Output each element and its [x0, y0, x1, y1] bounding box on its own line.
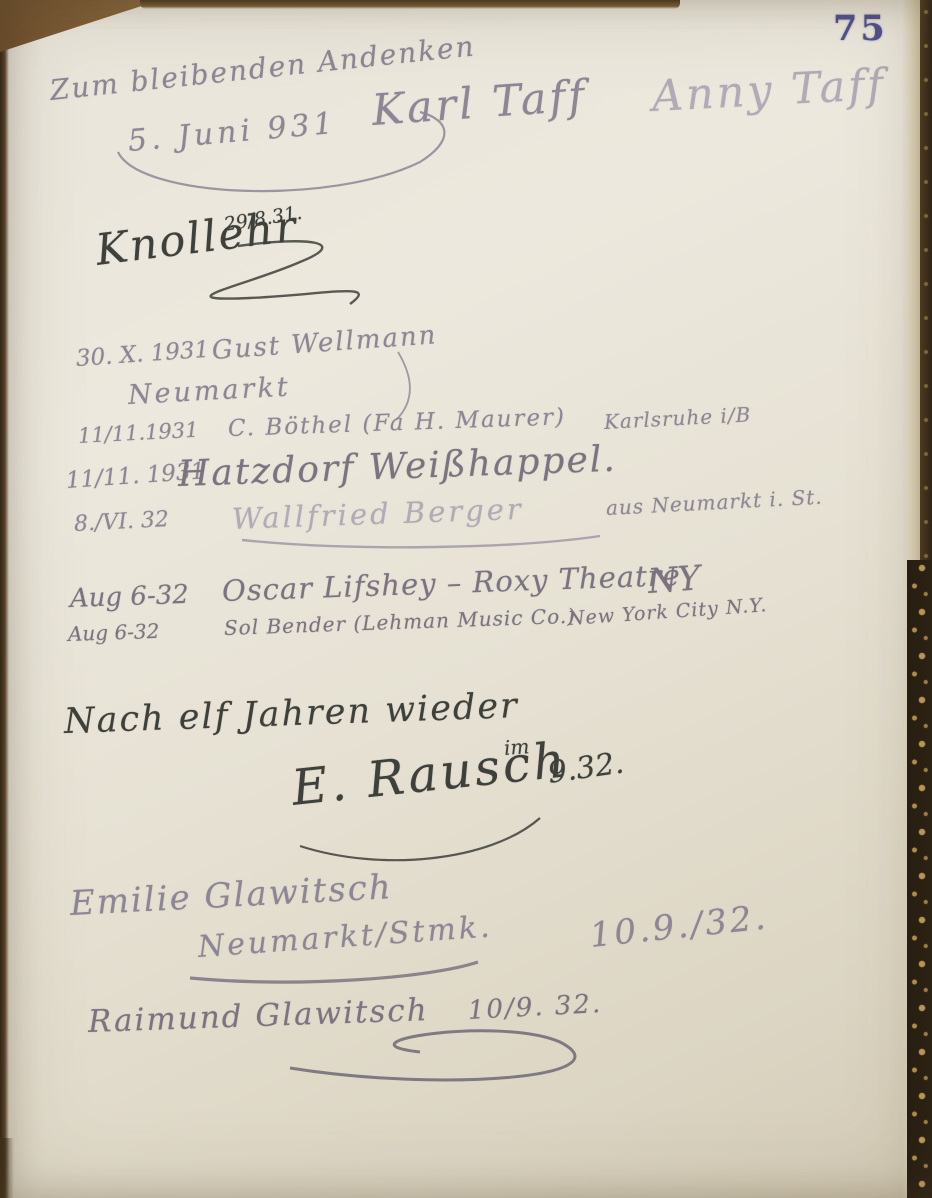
- signature-rausch: E. Rausch: [289, 731, 570, 817]
- entry-boethel-place: Karlsruhe i/B: [603, 402, 751, 434]
- rausch-underline-flourish: [300, 818, 540, 860]
- entry-boethel-name: C. Böthel (Fa H. Maurer): [228, 404, 567, 442]
- entry-raimund-date: 10/9. 32.: [467, 989, 603, 1026]
- book-cover-edge-top: [920, 0, 932, 560]
- signature-karl-taff: Karl Taff: [370, 71, 589, 136]
- emilie-underline-flourish: [190, 962, 478, 982]
- entry-rausch-line: Nach elf Jahren wieder: [63, 686, 519, 742]
- dedication-date: 5. Juni 931: [126, 106, 337, 159]
- top-page-edge-shadow: [140, 0, 680, 9]
- raimund-underline-flourish: [290, 1031, 575, 1080]
- entry-wellmann-place: Neumarkt: [127, 372, 291, 411]
- entry-emilie-place: Neumarkt/Stmk.: [197, 909, 494, 965]
- entry-bender-name: Sol Bender (Lehman Music Co.): [224, 604, 577, 640]
- entry-berger-place: aus Neumarkt i. St.: [605, 485, 823, 520]
- page-number-stamp: 75: [833, 8, 888, 49]
- signature-raimund-glawitsch: Raimund Glawitsch: [87, 992, 429, 1040]
- top-left-cover-corner: [0, 0, 160, 52]
- book-spine-edge: [0, 0, 9, 1198]
- entry-wellmann-date: 30. X. 1931: [75, 337, 210, 372]
- entry-berger-date: 8./VI. 32: [73, 507, 169, 537]
- signature-emilie-glawitsch: Emilie Glawitsch: [69, 867, 394, 924]
- guestbook-page-photo: 75 Zum bleibenden Andenken 5. Juni 931 K…: [0, 0, 932, 1198]
- entry-boethel-date: 11/11.1931: [77, 418, 199, 448]
- entry-lifshey-place: NY: [647, 558, 702, 602]
- bottom-left-shadow: [0, 1138, 14, 1198]
- entry-wellmann-name: Gust Wellmann: [211, 320, 438, 366]
- entry-berger-name: Wallfried Berger: [231, 492, 524, 536]
- entry-bender-date: Aug 6-32: [68, 619, 160, 646]
- book-cover-edge-ornate: [907, 560, 932, 1198]
- entry-lifshey-date: Aug 6-32: [69, 580, 189, 614]
- signature-anny-taff: Anny Taff: [651, 60, 888, 122]
- entry-emilie-date: 10.9./32.: [588, 897, 770, 955]
- entry-weisshappel-name: Hatzdorf Weißhappel.: [177, 439, 617, 495]
- entry-lifshey-name: Oscar Lifshey – Roxy Theatre: [221, 558, 681, 608]
- berger-underline-flourish: [242, 536, 600, 547]
